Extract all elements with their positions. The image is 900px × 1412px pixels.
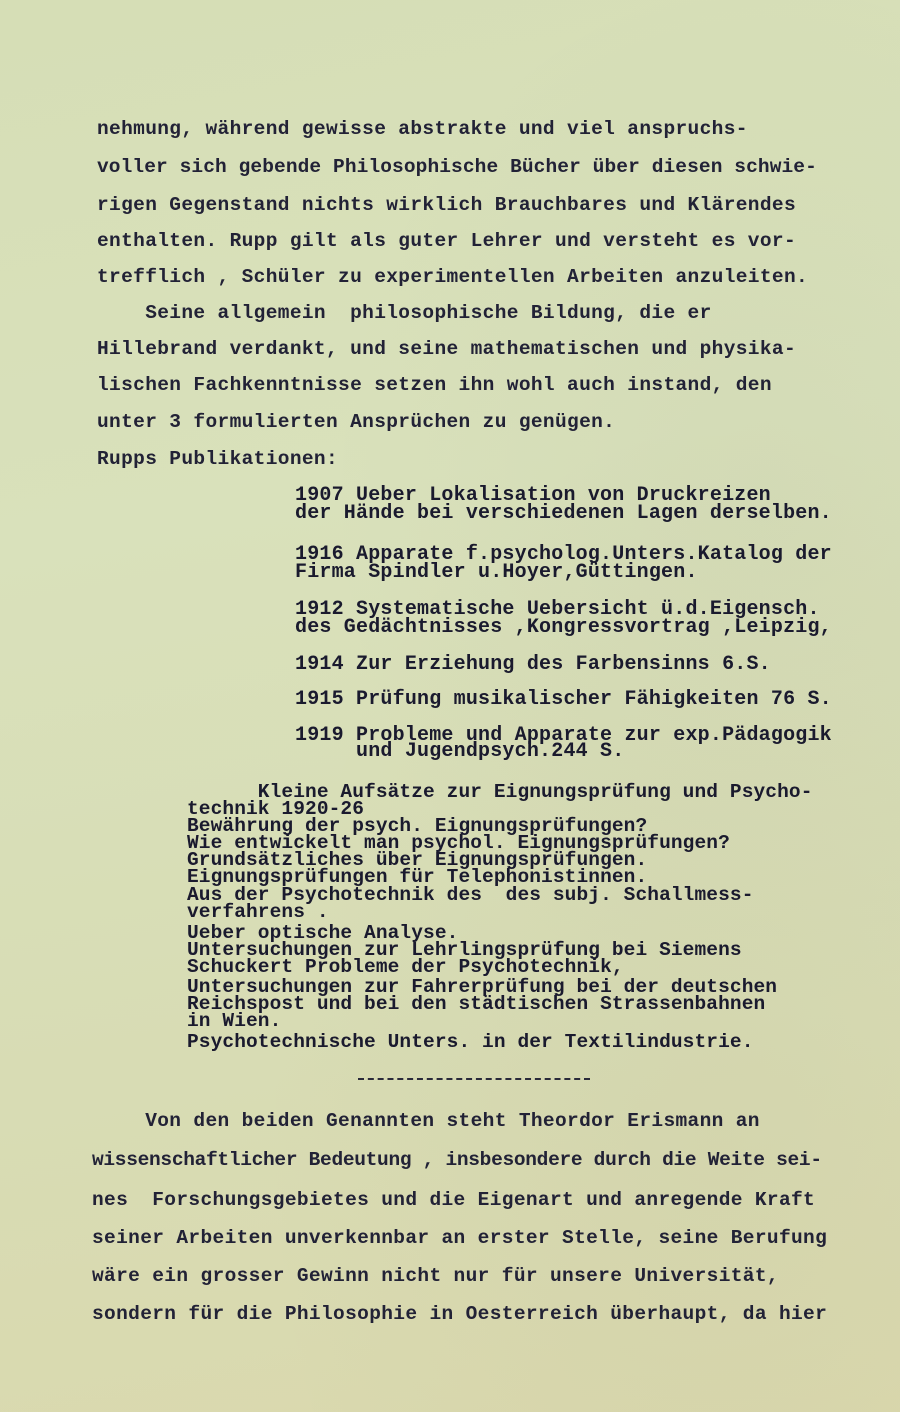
publication-line: 1914 Zur Erziehung des Farbensinns 6.S. [295, 656, 771, 673]
publication-line: Firma Spindler u.Hoyer,Güttingen. [295, 564, 698, 581]
text-line: trefflich , Schüler zu experimentellen A… [97, 266, 808, 288]
text-line: nehmung, während gewisse abstrakte und v… [97, 118, 748, 140]
publication-line: 1915 Prüfung musikalischer Fähigkeiten 7… [295, 691, 832, 708]
section-separator [358, 1078, 590, 1080]
text-line: enthalten. Rupp gilt als guter Lehrer un… [97, 230, 796, 252]
publication-line: der Hände bei verschiedenen Lagen dersel… [295, 505, 832, 522]
essay-line: Psychotechnische Unters. in der Textilin… [187, 1034, 754, 1051]
text-line: wäre ein grosser Gewinn nicht nur für un… [92, 1265, 779, 1287]
text-line: wissenschaftlicher Bedeutung , insbesond… [92, 1149, 822, 1171]
text-line: sondern für die Philosophie in Oesterrei… [92, 1303, 827, 1325]
text-line: voller sich gebende Philosophische Büche… [97, 156, 817, 178]
typewritten-page: nehmung, während gewisse abstrakte und v… [0, 0, 900, 1412]
essay-line: verfahrens . [187, 904, 329, 921]
essay-line: Schuckert Probleme der Psychotechnik, [187, 959, 624, 976]
text-line: rigen Gegenstand nichts wirklich Brauchb… [97, 194, 796, 216]
publication-line: des Gedächtnisses ,Kongressvortrag ,Leip… [295, 619, 832, 636]
essay-line: in Wien. [187, 1013, 281, 1030]
text-line: unter 3 formulierten Ansprüchen zu genüg… [97, 411, 615, 433]
publications-heading: Rupps Publikationen: [97, 448, 338, 470]
text-line: nes Forschungsgebietes und die Eigenart … [92, 1189, 815, 1211]
text-line: lischen Fachkenntnisse setzen ihn wohl a… [97, 374, 772, 396]
text-line: seiner Arbeiten unverkennbar an erster S… [92, 1227, 827, 1249]
text-line: Hillebrand verdankt, und seine mathemati… [97, 338, 796, 360]
text-line: Seine allgemein philosophische Bildung, … [97, 302, 712, 324]
text-line: Von den beiden Genannten steht Theordor … [97, 1110, 760, 1132]
publication-line: und Jugendpsych.244 S. [295, 743, 624, 760]
